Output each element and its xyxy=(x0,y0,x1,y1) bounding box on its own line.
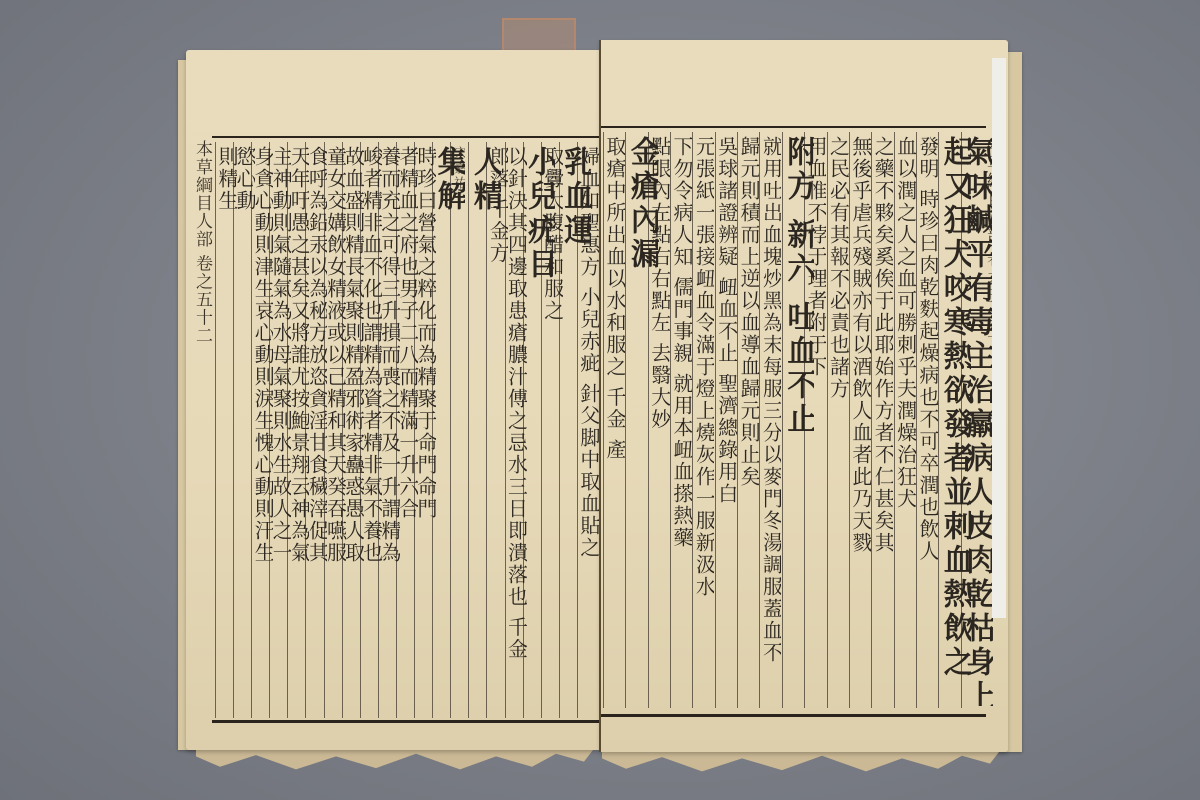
text-column: 天年吁愚之甚矣又將誰尤按鮑景翔云神為氣 xyxy=(288,146,309,564)
book-gutter xyxy=(599,40,601,752)
text-column: 則精生 xyxy=(216,146,237,212)
column-rule xyxy=(692,132,693,708)
column-rule xyxy=(916,132,917,708)
text-column: 附方 新六 吐血不止 xyxy=(783,136,815,437)
open-book: 本草綱目人部 卷之五十二 婦血如聖惠方 小兒赤疵 針父脚中取血貼之乳血運取釁大腹… xyxy=(186,40,1024,760)
right-page: 本草綱目人部 卷之五十二 氣味鹹平有毒主治羸病人皮肉乾枯身上麩片起又狂犬咬寒熱欲… xyxy=(600,40,1008,752)
text-column: 主神動則氣隨氣為水母氣聚則水生故人之一 xyxy=(270,146,291,564)
text-column: 身貪心動則津生哀心動則淚生愧心動則汗生 xyxy=(252,146,273,564)
column-rule xyxy=(215,142,216,718)
column-rule xyxy=(486,142,487,718)
text-column: 養而充之可得三升損而喪之不及一升謂精為 xyxy=(379,146,400,564)
text-column: 小兒疣目 xyxy=(524,146,556,282)
text-column: 者精血之府也男子二八而精滿一升六合 xyxy=(397,146,418,520)
text-column: 峻者精非血不化也謂精為資者精非氣不養也 xyxy=(361,146,382,564)
column-rule xyxy=(670,132,671,708)
text-column: 血以潤之人之血可勝刺乎夫潤燥治狂犬 xyxy=(895,136,916,510)
column-rule xyxy=(849,132,850,708)
text-column: 吳球諸證辨疑 衄血不止 聖濟總錄用白 xyxy=(716,136,737,505)
text-column: 無後乎虐兵殘賊亦有以酒飲人血者此乃天戮 xyxy=(850,136,871,554)
text-column: 取瘡中所出血以水和服之 千金 產 xyxy=(604,136,625,461)
text-column: 慾心動 xyxy=(234,146,255,212)
text-column: 集解 xyxy=(433,146,465,214)
inserted-white-sheet xyxy=(992,58,1006,618)
text-column: 金瘡內漏 xyxy=(626,136,658,272)
text-column: 元張紙一張接衄血令滿于燈上燒灰作一服新汲水 xyxy=(693,136,714,598)
text-column: 發明 時珍曰肉乾麩起燥病也不可卒潤也飲人 xyxy=(917,136,938,562)
text-column: 之藥不夥矣奚俟于此耶始作方者不仁甚矣其 xyxy=(872,136,893,554)
text-column: 之民必有其報不必責也諸方 xyxy=(828,136,849,400)
text-column: 故血盛則精長氣聚則精盈邪術家蠱惑愚人取 xyxy=(343,146,364,564)
column-rule xyxy=(782,132,783,708)
text-column: 起又狂犬咬寒熱欲發者並刺血熱飲之 xyxy=(939,136,971,680)
column-rule xyxy=(759,132,760,708)
column-rule xyxy=(603,132,604,708)
text-column: 以針決其四邊取患瘡膿汁傅之忌水三日即潰落也 千金 xyxy=(506,146,527,660)
text-column: 時珍曰營氣之粹化而為精聚于命門命門 xyxy=(415,146,436,520)
column-rule xyxy=(715,132,716,708)
text-column: 歸元則積而上逆以血導血歸元則止矣 xyxy=(738,136,759,488)
column-rule xyxy=(625,132,626,708)
text-column: 食呼為鉛汞以為秘方放恣貪淫甘食穢滓促其 xyxy=(306,146,327,564)
text-column: 就用吐出血塊炒黑為末每服三分以麥門冬湯調服蓋血不 xyxy=(760,136,781,664)
column-rule xyxy=(894,132,895,708)
column-rule xyxy=(938,132,939,708)
column-rule xyxy=(737,132,738,708)
text-column: 人精 xyxy=(469,146,501,214)
column-rule xyxy=(233,142,234,718)
left-page: 本草綱目人部 卷之五十二 婦血如聖惠方 小兒赤疵 針父脚中取血貼之乳血運取釁大腹… xyxy=(186,50,600,750)
column-rule xyxy=(468,142,469,718)
text-column: 下勿令病人知 儒門事親 就用本衄血搽熱藥 xyxy=(671,136,692,549)
text-column: 童女交媾飲女精液或以己精和其天癸吞嚥服 xyxy=(325,146,346,564)
text-column: 乳血運 xyxy=(560,146,592,248)
column-rule xyxy=(827,132,828,708)
column-rule xyxy=(871,132,872,708)
column-rule xyxy=(251,142,252,718)
column-rule xyxy=(450,142,451,718)
